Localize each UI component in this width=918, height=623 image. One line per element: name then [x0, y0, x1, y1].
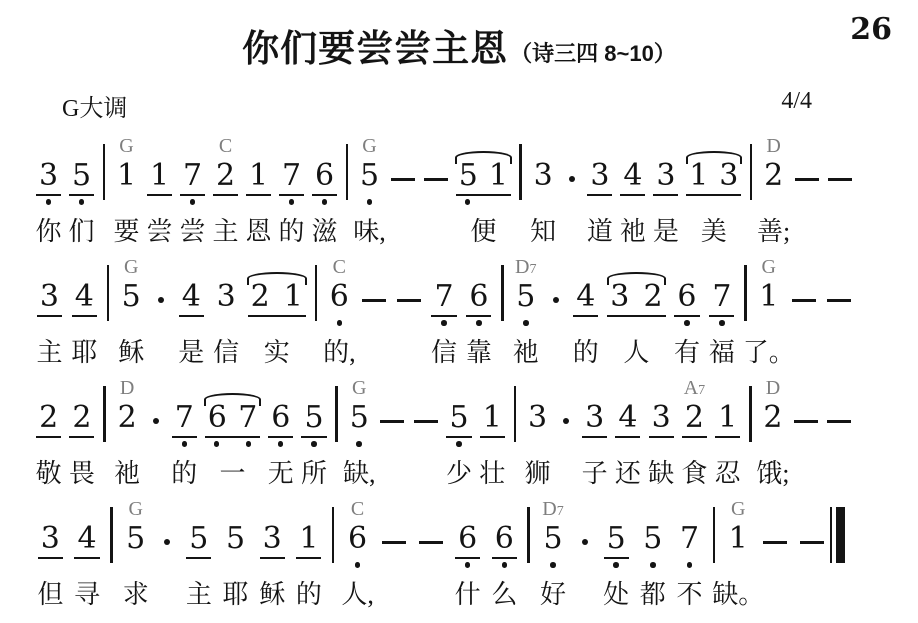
note-digit: 3: [649, 401, 674, 438]
chord-spacer: [32, 254, 67, 279]
note-cell: 7不: [671, 496, 708, 613]
dash-cell: [823, 375, 856, 492]
octave-dot-row: [176, 196, 209, 209]
chord-spacer: [413, 496, 450, 521]
octave-dot-slot: [623, 196, 643, 209]
octave-dot-row: [790, 196, 823, 209]
octave-dot: [687, 562, 693, 568]
chord-spacer: [67, 254, 102, 279]
note-cell: 6靠: [461, 254, 496, 371]
slur: [204, 393, 261, 406]
chord-spacer: [670, 254, 705, 279]
octave-dot-row: [616, 196, 649, 209]
octave-dot: [613, 562, 619, 568]
octave-dot-row: [670, 317, 705, 330]
octave-dot-row: [508, 317, 543, 330]
octave-dot-slot: [556, 438, 576, 451]
octave-dot-row: [69, 559, 106, 572]
octave-dot-row: [376, 438, 409, 451]
chord-spacer: [149, 254, 174, 279]
note-digit: 6: [312, 159, 337, 196]
chord-spacer: [32, 375, 65, 400]
octave-dot-row: [386, 196, 419, 209]
note-digit: 3: [38, 522, 63, 559]
slur: [686, 151, 742, 164]
barline: [341, 133, 353, 200]
octave-dot-row: [32, 317, 67, 330]
octave-dot-slot: [719, 196, 739, 209]
octave-dot-row: [790, 438, 823, 451]
chord-spacer: [583, 133, 616, 158]
final-thin-stroke: [830, 507, 833, 563]
duration-dash: [794, 420, 818, 423]
octave-dot-row: [209, 196, 242, 209]
note-cell: 3狮: [521, 375, 554, 492]
octave-dot: [289, 199, 295, 205]
octave-dot-row: [264, 438, 297, 451]
chord-label: C: [322, 254, 357, 279]
chord-root: G: [119, 135, 133, 157]
duration-dash: [397, 299, 421, 302]
octave-dot-slot: [688, 196, 708, 209]
lyric: 耶: [71, 337, 97, 371]
chord-spacer: [65, 133, 98, 158]
octave-dot-slot: [282, 196, 302, 209]
octave-dot-slot: [121, 317, 141, 330]
chord-spacer: [32, 496, 69, 521]
lyric: 主: [212, 216, 238, 250]
chord-spacer: [264, 375, 297, 400]
octave-dot-slot: [181, 317, 201, 330]
note-digit: 1: [296, 522, 321, 559]
note-digit: 2: [760, 401, 785, 438]
chord-quality: 7: [530, 262, 537, 277]
chord-root: D: [515, 256, 529, 278]
lyric: 子: [582, 458, 608, 492]
octave-dot-row: [486, 559, 523, 572]
note-digit: 2: [69, 401, 94, 438]
octave-dot-row: [254, 559, 291, 572]
octave-dot-slot: [680, 559, 700, 572]
barline: [523, 496, 535, 563]
chord-spacer: [174, 254, 209, 279]
lyric: 好: [540, 579, 566, 613]
chord-root: G: [128, 498, 142, 520]
key-signature: G大调: [62, 88, 127, 123]
dash-cell: [409, 375, 442, 492]
octave-dot-row: [645, 438, 678, 451]
octave-dot-row: [678, 438, 711, 451]
octave-dot-slot: [421, 559, 441, 572]
slur: [247, 272, 307, 285]
chord-label: C: [339, 496, 376, 521]
octave-dot-row: [143, 196, 176, 209]
octave-dot-slot: [585, 438, 605, 451]
note-cell: G1要: [110, 133, 143, 250]
chord-spacer: [392, 254, 427, 279]
octave-dot-row: [244, 317, 310, 330]
note-digit: 7: [677, 522, 702, 559]
octave-dot-row: [427, 317, 462, 330]
octave-dot-slot: [590, 196, 610, 209]
octave-dot-row: [560, 196, 584, 209]
chord-spacer: [671, 496, 708, 521]
note-cell: 3但: [32, 496, 69, 613]
note-cell: 5主: [180, 496, 217, 613]
chord-spacer: [154, 496, 180, 521]
chord-label: G: [117, 496, 154, 521]
barline-stroke: [103, 144, 106, 200]
note-group: 13美: [682, 133, 745, 250]
chord-spacer: [793, 496, 830, 521]
octave-dot-slot: [516, 317, 536, 330]
duration-dash: [827, 420, 851, 423]
octave-dot-slot: [829, 438, 849, 451]
note-cell: 4还: [611, 375, 644, 492]
octave-dot-slot: [384, 559, 404, 572]
chord-root: G: [124, 256, 138, 278]
lyric: 饿;: [756, 458, 789, 492]
note-group: 67一: [201, 375, 264, 492]
barline: [98, 133, 110, 200]
lyric: 但: [37, 579, 63, 613]
lyric: 信: [431, 337, 457, 371]
lyric: 人: [623, 337, 649, 371]
note-digit: 7: [172, 401, 197, 438]
note-cell: 3道: [583, 133, 616, 250]
octave-dot-slot: [458, 559, 478, 572]
octave-dot-row: [180, 559, 217, 572]
chord-root: G: [352, 377, 366, 399]
chord-root: D: [766, 377, 780, 399]
lyric: 有: [674, 337, 700, 371]
duration-dash: [827, 299, 851, 302]
dash-cell: [357, 254, 392, 371]
octave-dot-slot: [575, 559, 595, 572]
octave-dot-slot: [150, 196, 170, 209]
barline: [509, 375, 521, 442]
slur: [455, 151, 511, 164]
note-digit: 3: [531, 159, 556, 196]
octave-dot-slot: [72, 438, 92, 451]
music-lines: 3你5们G1要1尝7尝C2主1恩7的6滋G5味,51便3知3道4祂3是13美D2…: [0, 133, 918, 613]
note-digit: 6: [466, 280, 491, 317]
octave-dot: [182, 441, 188, 447]
octave-dot-row: [649, 196, 682, 209]
dash-cell: [386, 133, 419, 250]
octave-dot-slot: [533, 196, 553, 209]
lyric: 稣: [259, 579, 285, 613]
octave-dot-row: [476, 438, 509, 451]
chord-label: D7: [508, 254, 543, 279]
octave-dot-row: [413, 559, 450, 572]
chord-spacer: [486, 496, 523, 521]
duration-dot: [582, 539, 588, 545]
lyric: 美: [701, 216, 727, 250]
lyric: 狮: [524, 458, 550, 492]
barline: [105, 496, 117, 563]
note-digit: 1: [756, 280, 781, 317]
octave-dot-row: [756, 438, 789, 451]
duration-dot: [569, 176, 575, 182]
octave-dot-slot: [183, 196, 203, 209]
note-cell: 6有: [670, 254, 705, 371]
octave-dot: [322, 199, 328, 205]
chord-root: C: [219, 135, 232, 157]
barline: [310, 254, 322, 321]
octave-dot-slot: [684, 438, 704, 451]
octave-dot-row: [757, 196, 790, 209]
lyric: 要: [113, 216, 139, 250]
barline: [327, 496, 339, 563]
octave-dot: [502, 562, 508, 568]
lyric: 是: [178, 337, 204, 371]
octave-dot: [278, 441, 284, 447]
duration-dot: [153, 418, 159, 424]
note-cell: 6么: [486, 496, 523, 613]
duration-dash: [424, 178, 448, 181]
duration-dash: [763, 541, 787, 544]
lyric: 么: [491, 579, 517, 613]
lyric: 味,: [353, 216, 386, 250]
octave-dot: [523, 320, 529, 326]
chord-spacer: [419, 133, 452, 158]
octave-dot-row: [111, 438, 144, 451]
octave-dot-slot: [207, 438, 227, 451]
octave-dot-slot: [382, 438, 402, 451]
lyric: 什: [455, 579, 481, 613]
octave-dot-slot: [830, 196, 850, 209]
lyric: 敬: [36, 458, 62, 492]
octave-dot-row: [461, 317, 496, 330]
octave-dot-row: [535, 559, 572, 572]
chord-spacer: [649, 133, 682, 158]
duration-dash: [419, 541, 443, 544]
octave-dot-slot: [216, 317, 236, 330]
octave-dot-slot: [283, 317, 303, 330]
chord-spacer: [65, 375, 98, 400]
note-cell: 7信: [427, 254, 462, 371]
barline: [331, 375, 343, 442]
octave-dot-slot: [546, 317, 566, 330]
note-cell: 1的: [291, 496, 328, 613]
note-cell: D2善;: [757, 133, 790, 250]
octave-dot-row: [419, 196, 452, 209]
note-cell: 1恩: [242, 133, 275, 250]
dash-cell: [823, 133, 856, 250]
note-cell: 3你: [32, 133, 65, 250]
duration-dot: [553, 297, 559, 303]
note-cell: C2主: [209, 133, 242, 250]
octave-dot-slot: [797, 196, 817, 209]
octave-dot-row: [117, 559, 154, 572]
note-cell: 7福: [704, 254, 739, 371]
chord-spacer: [275, 133, 308, 158]
octave-dot-slot: [315, 196, 335, 209]
octave-dot-slot: [304, 438, 324, 451]
note-digit: 3: [525, 401, 550, 438]
chord-spacer: [823, 375, 856, 400]
duration-dash: [792, 299, 816, 302]
octave-dot: [367, 199, 373, 205]
duration-dash: [795, 178, 819, 181]
octave-dot-row: [521, 438, 554, 451]
chord-label: D7: [535, 496, 572, 521]
chord-spacer: [461, 254, 496, 279]
chord-spacer: [611, 375, 644, 400]
note-cell: G5稣: [114, 254, 149, 371]
octave-dot-row: [452, 196, 515, 209]
barline-stroke: [346, 144, 349, 200]
octave-dot-slot: [527, 438, 547, 451]
octave-dot-row: [449, 559, 486, 572]
octave-dot-row: [793, 559, 830, 572]
octave-dot-slot: [643, 559, 663, 572]
octave-dot-slot: [576, 317, 596, 330]
barline: [496, 254, 508, 321]
lyric: 道: [587, 216, 613, 250]
note-cell: A72食: [678, 375, 711, 492]
octave-dot-row: [32, 559, 69, 572]
note-digit: 5: [446, 401, 471, 438]
chord-root: D: [120, 377, 134, 399]
octave-dot: [465, 199, 471, 205]
duration-dot-cell: [149, 254, 174, 371]
octave-dot-row: [603, 317, 669, 330]
octave-dot-slot: [677, 317, 697, 330]
octave-dot-slot: [117, 438, 137, 451]
chord-spacer: [32, 133, 65, 158]
note-cell: 5们: [65, 133, 98, 250]
lyric: 的: [278, 216, 304, 250]
note-cell: 4寻: [69, 496, 106, 613]
octave-dot-slot: [728, 559, 748, 572]
note-group: 21实: [244, 254, 310, 371]
chord-root: C: [351, 498, 364, 520]
lyric: 尝: [146, 216, 172, 250]
lyric: 知: [530, 216, 556, 250]
note-digit: 5: [301, 401, 326, 438]
octave-dot-slot: [712, 317, 732, 330]
chord-quality: 7: [698, 383, 705, 398]
note-cell: D2饿;: [756, 375, 789, 492]
chord-spacer: [823, 133, 856, 158]
chord-spacer: [757, 496, 794, 521]
chord-spacer: [560, 133, 584, 158]
octave-dot-row: [357, 317, 392, 330]
chord-label: A7: [678, 375, 711, 400]
note-digit: 5: [347, 401, 372, 438]
chord-spacer: [143, 133, 176, 158]
octave-dot-slot: [764, 196, 784, 209]
octave-dot-slot: [226, 559, 246, 572]
lyric: 处: [603, 579, 629, 613]
lyric: 福: [709, 337, 735, 371]
octave-dot: [337, 320, 343, 326]
note-cell: G1了。: [751, 254, 786, 371]
chord-spacer: [254, 496, 291, 521]
note-digit: 6: [268, 401, 293, 438]
octave-dot: [79, 199, 85, 205]
duration-dot: [158, 297, 164, 303]
chord-root: G: [762, 256, 776, 278]
beam-group: 32: [607, 280, 665, 317]
lyric: 你: [35, 216, 61, 250]
lyric: 求: [123, 579, 149, 613]
duration-dot: [164, 539, 170, 545]
chord-spacer: [376, 496, 413, 521]
chord-spacer: [357, 254, 392, 279]
octave-dot: [550, 562, 556, 568]
octave-dot: [650, 562, 656, 568]
chord-spacer: [521, 375, 554, 400]
note-digit: 3: [36, 159, 61, 196]
note-digit: 3: [582, 401, 607, 438]
lyric: 稣: [118, 337, 144, 371]
note-cell: D75祂: [508, 254, 543, 371]
note-digit: 1: [480, 401, 505, 438]
octave-dot-row: [65, 196, 98, 209]
octave-dot-row: [704, 317, 739, 330]
music-line-4: 3但4寻G5求5主5耶3稣1的C6人,6什6么D75好5处5都7不G1缺。: [32, 496, 856, 613]
note-cell: 3主: [32, 254, 67, 371]
chord-spacer: [634, 496, 671, 521]
note-digit: 1: [715, 401, 740, 438]
note-digit: 5: [119, 280, 144, 317]
chord-spacer: [209, 254, 244, 279]
octave-dot: [441, 320, 447, 326]
barline-stroke: [519, 144, 522, 200]
barline: [739, 254, 751, 321]
octave-dot-row: [217, 559, 254, 572]
octave-dot-row: [353, 196, 386, 209]
lyric: 缺: [648, 458, 674, 492]
octave-dot-row: [32, 196, 65, 209]
note-digit: 6: [674, 280, 699, 317]
note-group: 32人: [603, 254, 669, 371]
chord-spacer: [543, 254, 568, 279]
duration-dash: [828, 178, 852, 181]
chord-label: C: [209, 133, 242, 158]
octave-dot-slot: [543, 559, 563, 572]
note-cell: 3子: [578, 375, 611, 492]
note-digit: 6: [492, 522, 517, 559]
chord-spacer: [527, 133, 560, 158]
chord-label: G: [110, 133, 143, 158]
chord-label: D: [111, 375, 144, 400]
octave-dot-row: [823, 196, 856, 209]
note-digit: 7: [279, 159, 304, 196]
lyric: 壮: [479, 458, 505, 492]
dash-cell: [392, 254, 427, 371]
chord-spacer: [821, 254, 856, 279]
duration-dot-cell: [554, 375, 578, 492]
lyric: 无: [268, 458, 294, 492]
octave-dot-slot: [146, 438, 166, 451]
chord-spacer: [291, 496, 328, 521]
barline-stroke: [103, 386, 106, 442]
duration-dash: [382, 541, 406, 544]
octave-dot-slot: [469, 317, 489, 330]
dash-cell: [376, 496, 413, 613]
chord-spacer: [442, 375, 475, 400]
octave-dot: [684, 320, 690, 326]
octave-dot-row: [297, 438, 330, 451]
note-digit: 6: [327, 280, 352, 317]
chord-spacer: [616, 133, 649, 158]
octave-dot-slot: [72, 196, 92, 209]
octave-dot-slot: [829, 317, 849, 330]
